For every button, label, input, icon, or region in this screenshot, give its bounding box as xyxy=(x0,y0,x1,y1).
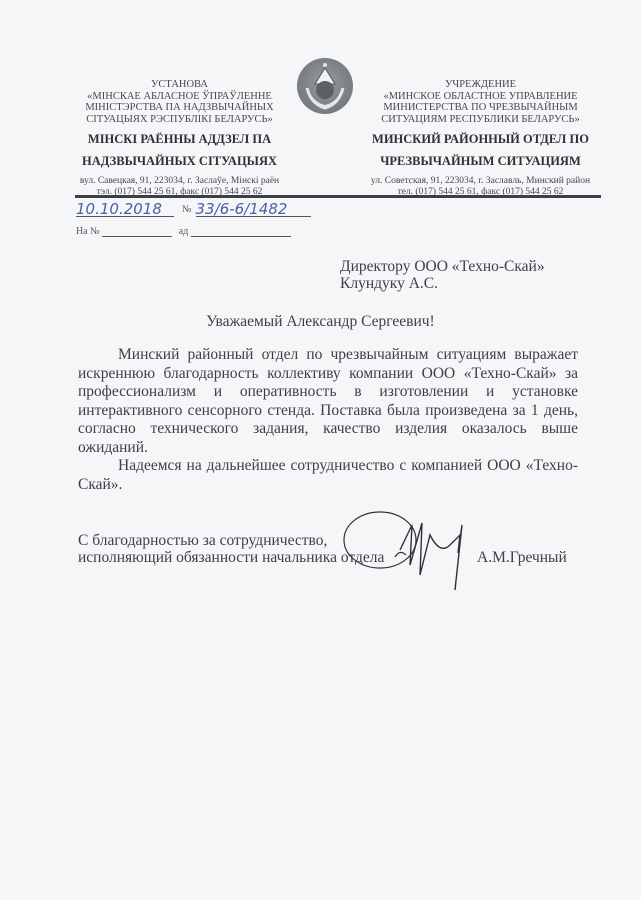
closing: С благодарностью за сотрудничество, испо… xyxy=(78,532,384,566)
org-name-line3-ru: СИТУАЦИЯМ РЕСПУБЛИКИ БЕЛАРУСЬ» xyxy=(358,114,603,126)
registration-row: 10.10.2018 № 33/6-6/1482 xyxy=(76,199,316,219)
address-by: вул. Савецкая, 91, 223034, г. Заслаўе, М… xyxy=(62,176,297,187)
salutation: Уважаемый Александр Сергеевич! xyxy=(0,313,641,331)
org-name-line2-ru: МИНИСТЕРСТВА ПО ЧРЕЗВЫЧАЙНЫМ xyxy=(358,102,603,114)
ref-number-label: На № xyxy=(76,226,100,237)
letterhead-divider xyxy=(75,195,601,198)
signer-name: А.М.Гречный xyxy=(477,549,567,567)
dept-line2-by: НАДЗВЫЧАЙНЫХ СІТУАЦЫЯХ xyxy=(62,150,297,172)
body-paragraph-2: Надеемся на дальнейшее сотрудничество с … xyxy=(78,457,578,494)
org-name-line1-ru: «МИНСКОЕ ОБЛАСТНОЕ УПРАВЛЕНИЕ xyxy=(358,91,603,103)
ref-from-label: ад xyxy=(179,226,189,237)
letter-body: Минский районный отдел по чрезвычайным с… xyxy=(78,346,578,494)
number-label: № xyxy=(182,204,192,215)
signature-icon xyxy=(340,505,480,595)
closing-line2: исполняющий обязанности начальника отдел… xyxy=(78,549,384,566)
reference-row: На № ад xyxy=(76,224,291,237)
body-paragraph-1: Минский районный отдел по чрезвычайным с… xyxy=(78,346,578,457)
addressee-line1: Директору ООО «Техно-Скай» xyxy=(340,258,545,275)
org-name-line2-by: МІНІСТЭРСТВА ПА НАДЗВЫЧАЙНЫХ xyxy=(62,102,297,114)
date-field: 10.10.2018 xyxy=(76,200,174,217)
dept-line1-ru: МИНСКИЙ РАЙОННЫЙ ОТДЕЛ ПО xyxy=(358,128,603,150)
letterhead-right: УЧРЕЖДЕНИЕ «МИНСКОЕ ОБЛАСТНОЕ УПРАВЛЕНИЕ… xyxy=(358,79,603,197)
address-ru: ул. Советская, 91, 223034, г. Заславль, … xyxy=(358,176,603,187)
addressee-line2: Клундуку А.С. xyxy=(340,275,545,292)
addressee: Директору ООО «Техно-Скай» Клундуку А.С. xyxy=(340,258,545,292)
coat-of-arms-icon xyxy=(297,58,353,114)
letterhead-left: УСТАНОВА «МІНСКАЕ АБЛАСНОЕ ЎПРАЎЛЕННЕ МІ… xyxy=(62,79,297,197)
org-name-line1-by: «МІНСКАЕ АБЛАСНОЕ ЎПРАЎЛЕННЕ xyxy=(62,91,297,103)
dept-line2-ru: ЧРЕЗВЫЧАЙНЫМ СИТУАЦИЯМ xyxy=(358,150,603,172)
number-field: 33/6-6/1482 xyxy=(196,200,311,217)
org-type-ru: УЧРЕЖДЕНИЕ xyxy=(358,79,603,91)
dept-name-ru: МИНСКИЙ РАЙОННЫЙ ОТДЕЛ ПО ЧРЕЗВЫЧАЙНЫМ С… xyxy=(358,128,603,172)
ref-number-field xyxy=(102,224,172,237)
dept-name-by: МІНСКІ РАЁННЫ АДДЗЕЛ ПА НАДЗВЫЧАЙНЫХ СІТ… xyxy=(62,128,297,172)
closing-line1: С благодарностью за сотрудничество, xyxy=(78,532,384,549)
ref-date-field xyxy=(191,224,291,237)
dept-line1-by: МІНСКІ РАЁННЫ АДДЗЕЛ ПА xyxy=(62,128,297,150)
org-name-line3-by: СІТУАЦЫЯХ РЭСПУБЛІКІ БЕЛАРУСЬ» xyxy=(62,114,297,126)
org-type-by: УСТАНОВА xyxy=(62,79,297,91)
